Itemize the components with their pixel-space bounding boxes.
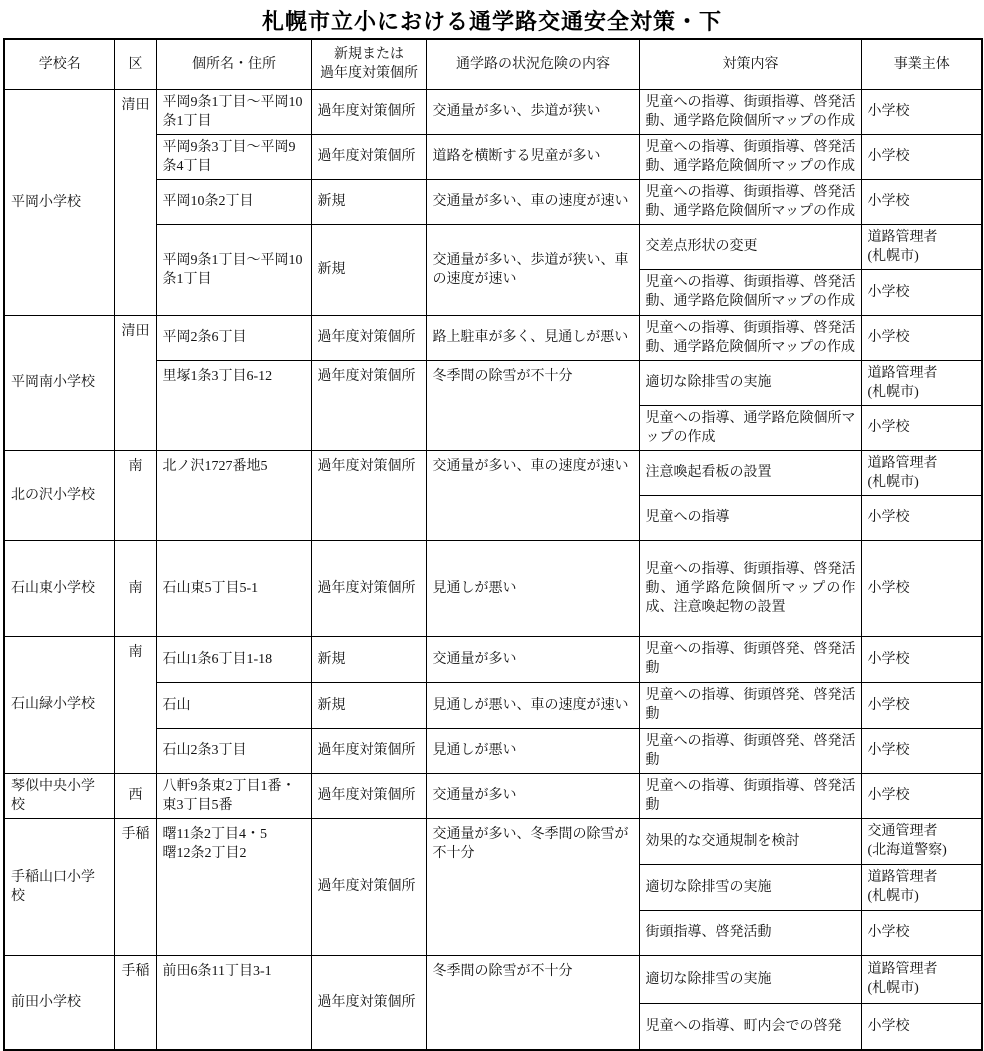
entity-cell: 道路管理者 (札幌市): [861, 224, 982, 269]
entity-cell: 小学校: [861, 773, 982, 818]
countermeasure-type-cell: 過年度対策個所: [311, 955, 426, 1050]
col-header-situation: 通学路の状況危険の内容: [426, 39, 639, 89]
address-cell: 曙11条2丁目4・5 曙12条2丁目2: [156, 818, 311, 955]
ward-cell: 南: [114, 636, 156, 773]
measure-cell: 児童への指導、通学路危険個所マップの作成: [639, 405, 861, 450]
table-row: 琴似中央小学校 西 八軒9条東2丁目1番・東3丁目5番 過年度対策個所 交通量が…: [4, 773, 982, 818]
situation-cell: 見通しが悪い、車の速度が速い: [426, 682, 639, 728]
col-header-measure: 対策内容: [639, 39, 861, 89]
safety-measures-table: 学校名 区 個所名・住所 新規または 過年度対策個所 通学路の状況危険の内容 対…: [3, 38, 983, 1051]
measure-cell: 適切な除排雪の実施: [639, 955, 861, 1003]
school-name-cell: 石山緑小学校: [4, 636, 114, 773]
countermeasure-type-cell: 過年度対策個所: [311, 134, 426, 179]
entity-cell: 交通管理者 (北海道警察): [861, 818, 982, 864]
countermeasure-type-cell: 過年度対策個所: [311, 728, 426, 773]
address-cell: 里塚1条3丁目6-12: [156, 360, 311, 450]
col-header-school: 学校名: [4, 39, 114, 89]
measure-cell: 児童への指導、街頭指導、啓発活動、通学路危険個所マップの作成: [639, 269, 861, 315]
table-header-row: 学校名 区 個所名・住所 新規または 過年度対策個所 通学路の状況危険の内容 対…: [4, 39, 982, 89]
entity-cell: 道路管理者 (札幌市): [861, 955, 982, 1003]
situation-cell: 道路を横断する児童が多い: [426, 134, 639, 179]
measure-cell: 児童への指導、街頭指導、啓発活動、通学路危険個所マップの作成: [639, 89, 861, 134]
measure-cell: 児童への指導、街頭指導、啓発活動、通学路危険個所マップの作成: [639, 134, 861, 179]
table-row: 前田小学校 手稲 前田6条11丁目3-1 過年度対策個所 冬季間の除雪が不十分 …: [4, 955, 982, 1003]
entity-cell: 小学校: [861, 89, 982, 134]
countermeasure-type-cell: 過年度対策個所: [311, 360, 426, 450]
countermeasure-type-cell: 新規: [311, 636, 426, 682]
situation-cell: 交通量が多い: [426, 773, 639, 818]
situation-cell: 冬季間の除雪が不十分: [426, 955, 639, 1050]
entity-cell: 小学校: [861, 179, 982, 224]
situation-cell: 見通しが悪い: [426, 540, 639, 636]
situation-cell: 路上駐車が多く、見通しが悪い: [426, 315, 639, 360]
situation-cell: 交通量が多い、歩道が狭い、車の速度が速い: [426, 224, 639, 315]
address-cell: 平岡2条6丁目: [156, 315, 311, 360]
entity-cell: 小学校: [861, 910, 982, 955]
address-cell: 石山: [156, 682, 311, 728]
situation-cell: 交通量が多い、冬季間の除雪が不十分: [426, 818, 639, 955]
address-cell: 平岡9条1丁目～平岡10条1丁目: [156, 224, 311, 315]
col-header-ward: 区: [114, 39, 156, 89]
situation-cell: 交通量が多い、車の速度が速い: [426, 450, 639, 540]
measure-cell: 効果的な交通規制を検討: [639, 818, 861, 864]
measure-cell: 児童への指導、街頭啓発、啓発活動: [639, 728, 861, 773]
countermeasure-type-cell: 過年度対策個所: [311, 773, 426, 818]
table-row: 石山東小学校 南 石山東5丁目5-1 過年度対策個所 見通しが悪い 児童への指導…: [4, 540, 982, 636]
entity-cell: 小学校: [861, 315, 982, 360]
address-cell: 平岡9条1丁目～平岡10条1丁目: [156, 89, 311, 134]
school-name-cell: 平岡南小学校: [4, 315, 114, 450]
school-name-cell: 北の沢小学校: [4, 450, 114, 540]
countermeasure-type-cell: 過年度対策個所: [311, 315, 426, 360]
address-cell: 北ノ沢1727番地5: [156, 450, 311, 540]
school-name-cell: 手稲山口小学校: [4, 818, 114, 955]
address-cell: 平岡10条2丁目: [156, 179, 311, 224]
entity-cell: 小学校: [861, 682, 982, 728]
countermeasure-type-cell: 過年度対策個所: [311, 818, 426, 955]
entity-cell: 小学校: [861, 405, 982, 450]
address-cell: 石山東5丁目5-1: [156, 540, 311, 636]
entity-cell: 道路管理者 (札幌市): [861, 864, 982, 910]
school-name-cell: 石山東小学校: [4, 540, 114, 636]
ward-cell: 清田: [114, 89, 156, 315]
countermeasure-type-cell: 過年度対策個所: [311, 450, 426, 540]
measure-cell: 児童への指導、町内会での啓発: [639, 1003, 861, 1050]
col-header-type: 新規または 過年度対策個所: [311, 39, 426, 89]
ward-cell: 西: [114, 773, 156, 818]
measure-cell: 注意喚起看板の設置: [639, 450, 861, 495]
document-page: 札幌市立小における通学路交通安全対策・下 学校名 区 個所名・住所 新規または …: [0, 0, 984, 1051]
entity-cell: 道路管理者 (札幌市): [861, 450, 982, 495]
measure-cell: 交差点形状の変更: [639, 224, 861, 269]
situation-cell: 交通量が多い、歩道が狭い: [426, 89, 639, 134]
entity-cell: 小学校: [861, 540, 982, 636]
measure-cell: 児童への指導: [639, 495, 861, 540]
address-cell: 石山1条6丁目1-18: [156, 636, 311, 682]
entity-cell: 小学校: [861, 134, 982, 179]
entity-cell: 小学校: [861, 636, 982, 682]
measure-cell: 児童への指導、街頭指導、啓発活動、通学路危険個所マップの作成、注意喚起物の設置: [639, 540, 861, 636]
measure-cell: 児童への指導、街頭啓発、啓発活動: [639, 636, 861, 682]
table-row: 石山緑小学校 南 石山1条6丁目1-18 新規 交通量が多い 児童への指導、街頭…: [4, 636, 982, 682]
address-cell: 平岡9条3丁目～平岡9条4丁目: [156, 134, 311, 179]
school-name-cell: 前田小学校: [4, 955, 114, 1050]
ward-cell: 清田: [114, 315, 156, 450]
col-header-location: 個所名・住所: [156, 39, 311, 89]
countermeasure-type-cell: 過年度対策個所: [311, 540, 426, 636]
table-row: 北の沢小学校 南 北ノ沢1727番地5 過年度対策個所 交通量が多い、車の速度が…: [4, 450, 982, 495]
entity-cell: 小学校: [861, 495, 982, 540]
measure-cell: 児童への指導、街頭指導、啓発活動: [639, 773, 861, 818]
entity-cell: 小学校: [861, 728, 982, 773]
entity-cell: 小学校: [861, 1003, 982, 1050]
ward-cell: 南: [114, 450, 156, 540]
situation-cell: 交通量が多い、車の速度が速い: [426, 179, 639, 224]
measure-cell: 適切な除排雪の実施: [639, 360, 861, 405]
measure-cell: 児童への指導、街頭指導、啓発活動、通学路危険個所マップの作成: [639, 315, 861, 360]
school-name-cell: 平岡小学校: [4, 89, 114, 315]
school-name-cell: 琴似中央小学校: [4, 773, 114, 818]
ward-cell: 手稲: [114, 818, 156, 955]
situation-cell: 見通しが悪い: [426, 728, 639, 773]
measure-cell: 適切な除排雪の実施: [639, 864, 861, 910]
address-cell: 石山2条3丁目: [156, 728, 311, 773]
countermeasure-type-cell: 新規: [311, 682, 426, 728]
countermeasure-type-cell: 過年度対策個所: [311, 89, 426, 134]
situation-cell: 冬季間の除雪が不十分: [426, 360, 639, 450]
table-row: 手稲山口小学校 手稲 曙11条2丁目4・5 曙12条2丁目2 過年度対策個所 交…: [4, 818, 982, 864]
col-header-entity: 事業主体: [861, 39, 982, 89]
countermeasure-type-cell: 新規: [311, 224, 426, 315]
situation-cell: 交通量が多い: [426, 636, 639, 682]
address-cell: 前田6条11丁目3-1: [156, 955, 311, 1050]
countermeasure-type-cell: 新規: [311, 179, 426, 224]
table-row: 平岡南小学校 清田 平岡2条6丁目 過年度対策個所 路上駐車が多く、見通しが悪い…: [4, 315, 982, 360]
measure-cell: 児童への指導、街頭啓発、啓発活動: [639, 682, 861, 728]
entity-cell: 道路管理者 (札幌市): [861, 360, 982, 405]
address-cell: 八軒9条東2丁目1番・東3丁目5番: [156, 773, 311, 818]
ward-cell: 南: [114, 540, 156, 636]
ward-cell: 手稲: [114, 955, 156, 1050]
measure-cell: 街頭指導、啓発活動: [639, 910, 861, 955]
page-title: 札幌市立小における通学路交通安全対策・下: [0, 5, 984, 36]
measure-cell: 児童への指導、街頭指導、啓発活動、通学路危険個所マップの作成: [639, 179, 861, 224]
table-row: 平岡小学校 清田 平岡9条1丁目～平岡10条1丁目 過年度対策個所 交通量が多い…: [4, 89, 982, 134]
entity-cell: 小学校: [861, 269, 982, 315]
